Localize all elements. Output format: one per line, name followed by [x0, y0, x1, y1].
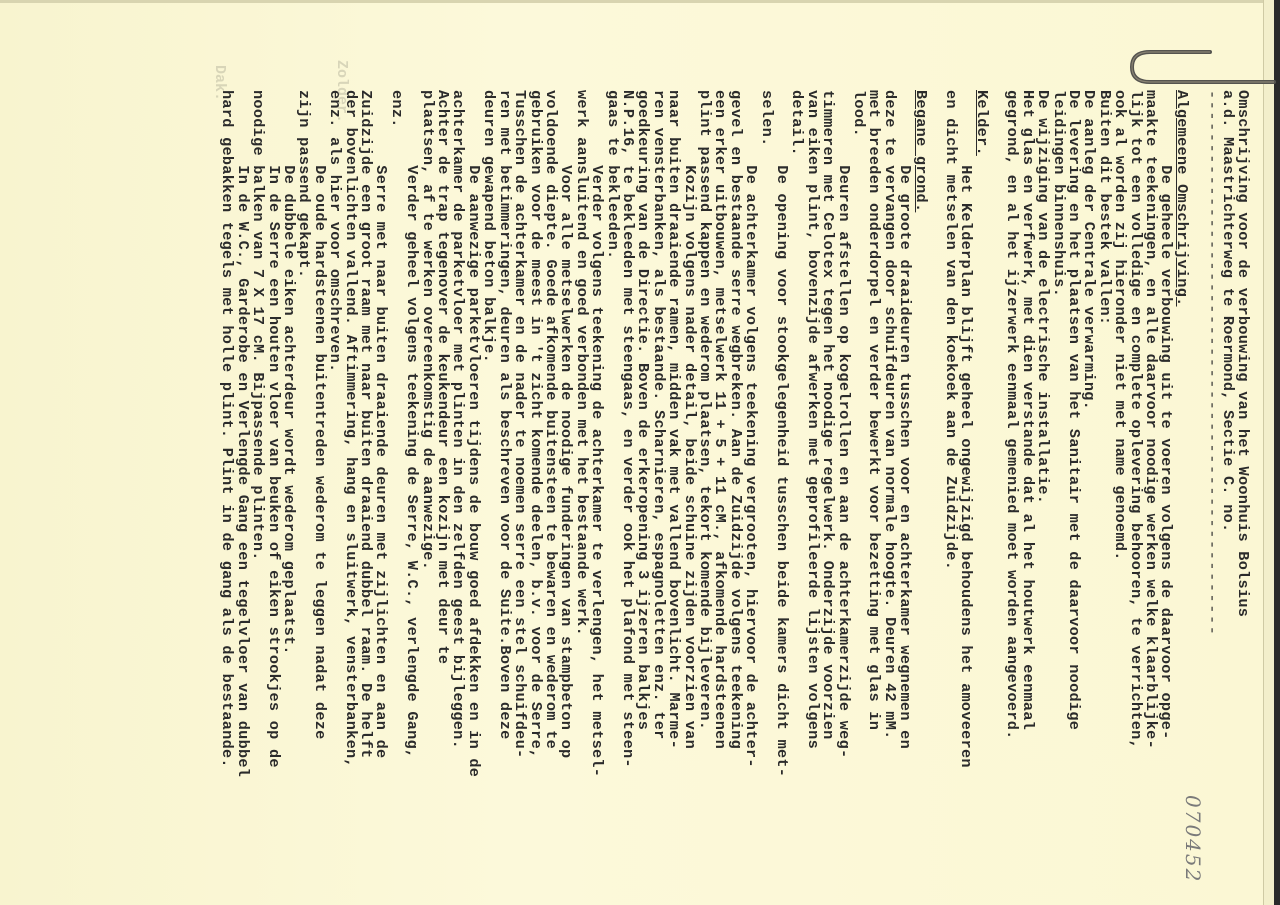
- text-line: zijn passend gekapt.: [296, 90, 311, 905]
- text-line: noodige balken van 7 X 17 cM. Bijpassend…: [250, 90, 265, 905]
- text-line: leidingen binnenshuis.: [1050, 90, 1065, 905]
- text-line: naar buiten draaiende ramen, midden vak …: [666, 90, 681, 905]
- scan-border: [1274, 0, 1280, 905]
- document-title-line-2: a.d. Maastrichterweg te Roermond, Sectie…: [1219, 90, 1234, 905]
- text-line: plaatsen, af te werken overeenkomstig de…: [419, 90, 434, 905]
- text-line: achterkamer de parketvloer met plinten i…: [450, 90, 465, 905]
- text-line: Buiten dit bestek vallen:: [1096, 90, 1111, 905]
- text-line: In de W.C., Garderobe en Verlengde Gang …: [234, 90, 249, 905]
- text-line: Deuren afstellen op kogelrollen en aan d…: [835, 90, 850, 905]
- text-line: De achterkamer volgens teekening vergroo…: [743, 90, 758, 905]
- text-line: Tusschen de achterkamer en de nader te n…: [512, 90, 527, 905]
- page-edge-underlay: [1263, 0, 1274, 905]
- text-line: maakte teekeningen, en alle daarvoor noo…: [1143, 90, 1158, 905]
- text-line: detail.: [789, 90, 804, 905]
- text-line: voldoende diepte. Goede afkomende buiten…: [543, 90, 558, 905]
- text-line: ren met betimmeringen, deuren als beschr…: [496, 90, 511, 905]
- paperclip-icon: [1128, 46, 1278, 88]
- section-0: Algemeene Omschrijving. De geheele verbo…: [1004, 90, 1189, 905]
- text-line: gevel en bestaande serre wegbreken. Aan …: [727, 90, 742, 905]
- text-line: gegrond, en al het ijzerwerk eenmaal gem…: [1004, 90, 1019, 905]
- section-heading: Begane grond.: [912, 90, 927, 212]
- page-edge-top: [0, 0, 1280, 3]
- text-line: De wijziging van de electrische installa…: [1035, 90, 1050, 905]
- typed-document: Omschrijving voor de verbouwing van het …: [10, 90, 1250, 905]
- handwritten-reference-number: 070452: [1181, 795, 1205, 883]
- scanned-page: Zolder. Dak. Omschrijving voor de verbou…: [0, 0, 1280, 905]
- text-line: ook al worden zij hieronder niet met nam…: [1112, 90, 1127, 905]
- text-line: timmeren met Celotex tegen het noodige r…: [820, 90, 835, 905]
- text-line: en dicht metselen van den koekoek aan de…: [943, 90, 958, 905]
- text-line: een erker uitbouwen, metselwerk 11 + 5 +…: [712, 90, 727, 905]
- text-line: lood.: [851, 90, 866, 905]
- text-line: goedkeuring van de Directie. Boven de er…: [635, 90, 650, 905]
- text-line: N.P.16, te bekleeden met steengaas, en v…: [620, 90, 635, 905]
- text-line: lijk tot een volledige en complete oplev…: [1127, 90, 1142, 905]
- text-line: gaas te bekleeden.: [604, 90, 619, 905]
- text-line: Het Kelderplan blijft geheel ongewijzigd…: [958, 90, 973, 905]
- text-line: ren vensterbanken, als bestaande. Scharn…: [650, 90, 665, 905]
- text-line: met breeden onderdorpel en verder bewerk…: [866, 90, 881, 905]
- document-sections: Algemeene Omschrijving. De geheele verbo…: [219, 90, 1189, 905]
- text-line: De groote draaideuren tusschen voor en a…: [897, 90, 912, 905]
- text-line: De oude hardsteenen buitentreden wederom…: [311, 90, 326, 905]
- text-line: De opening voor stookgelegenheid tussche…: [774, 90, 789, 905]
- text-line: enz. als hier voor omschreven.: [327, 90, 342, 905]
- text-line: De geheele verbouwing uit te voeren volg…: [1158, 90, 1173, 905]
- document-title-line-1: Omschrijving voor de verbouwing van het …: [1235, 90, 1250, 905]
- text-line: Kozijn volgens nader detail, beide schui…: [681, 90, 696, 905]
- text-line: De aanwezige parketvloeren tijdens de bo…: [466, 90, 481, 905]
- title-underline-rule: ----------------------------------------…: [1204, 90, 1219, 905]
- text-line: werk aansluitend en goed verbonden met h…: [573, 90, 588, 905]
- text-line: Achter de trap tegenover de keukendeur e…: [435, 90, 450, 905]
- text-line: hard gebakken tegels met holle plint. Pl…: [219, 90, 234, 905]
- section-heading: Algemeene Omschrijving.: [1173, 90, 1188, 307]
- text-line: De levering en het plaatsen van het Sani…: [1066, 90, 1081, 905]
- section-2: Begane grond. De groote draaideuren tuss…: [219, 90, 928, 905]
- text-line: der bovenlichten vallend. Aftimmering, h…: [342, 90, 357, 905]
- text-line: Voor alle metselwerken de noodige funder…: [558, 90, 573, 905]
- text-line: Verder volgens teekening de achterkamer …: [589, 90, 604, 905]
- text-line: Het glas en verfwerk, met dien verstande…: [1019, 90, 1034, 905]
- section-1: Kelder. Het Kelderplan blijft geheel ong…: [943, 90, 989, 905]
- section-heading: Kelder.: [974, 90, 989, 156]
- text-line: enz.: [388, 90, 403, 905]
- text-line: deuren gewapend beton balkje.: [481, 90, 496, 905]
- text-line: deze te vervangen door schuifdeuren van …: [881, 90, 896, 905]
- text-line: van eiken plint, bovenzijde afwerken met…: [804, 90, 819, 905]
- text-line: selen.: [758, 90, 773, 905]
- text-line: Zuidzijde een groot raam met naar buiten…: [358, 90, 373, 905]
- text-line: gebruiken voor de meest in 't zicht kome…: [527, 90, 542, 905]
- text-line: Verder geheel volgens teekening de Serre…: [404, 90, 419, 905]
- text-line: plint passend kappen en wederom plaatsen…: [697, 90, 712, 905]
- text-line: In de Serre een houten vloer van beuken …: [265, 90, 280, 905]
- text-line: Serre met naar buiten draaiende deuren m…: [373, 90, 388, 905]
- text-line: De aanleg der Centrale verwarming.: [1081, 90, 1096, 905]
- text-line: De dubbele eiken achterdeur wordt wedero…: [281, 90, 296, 905]
